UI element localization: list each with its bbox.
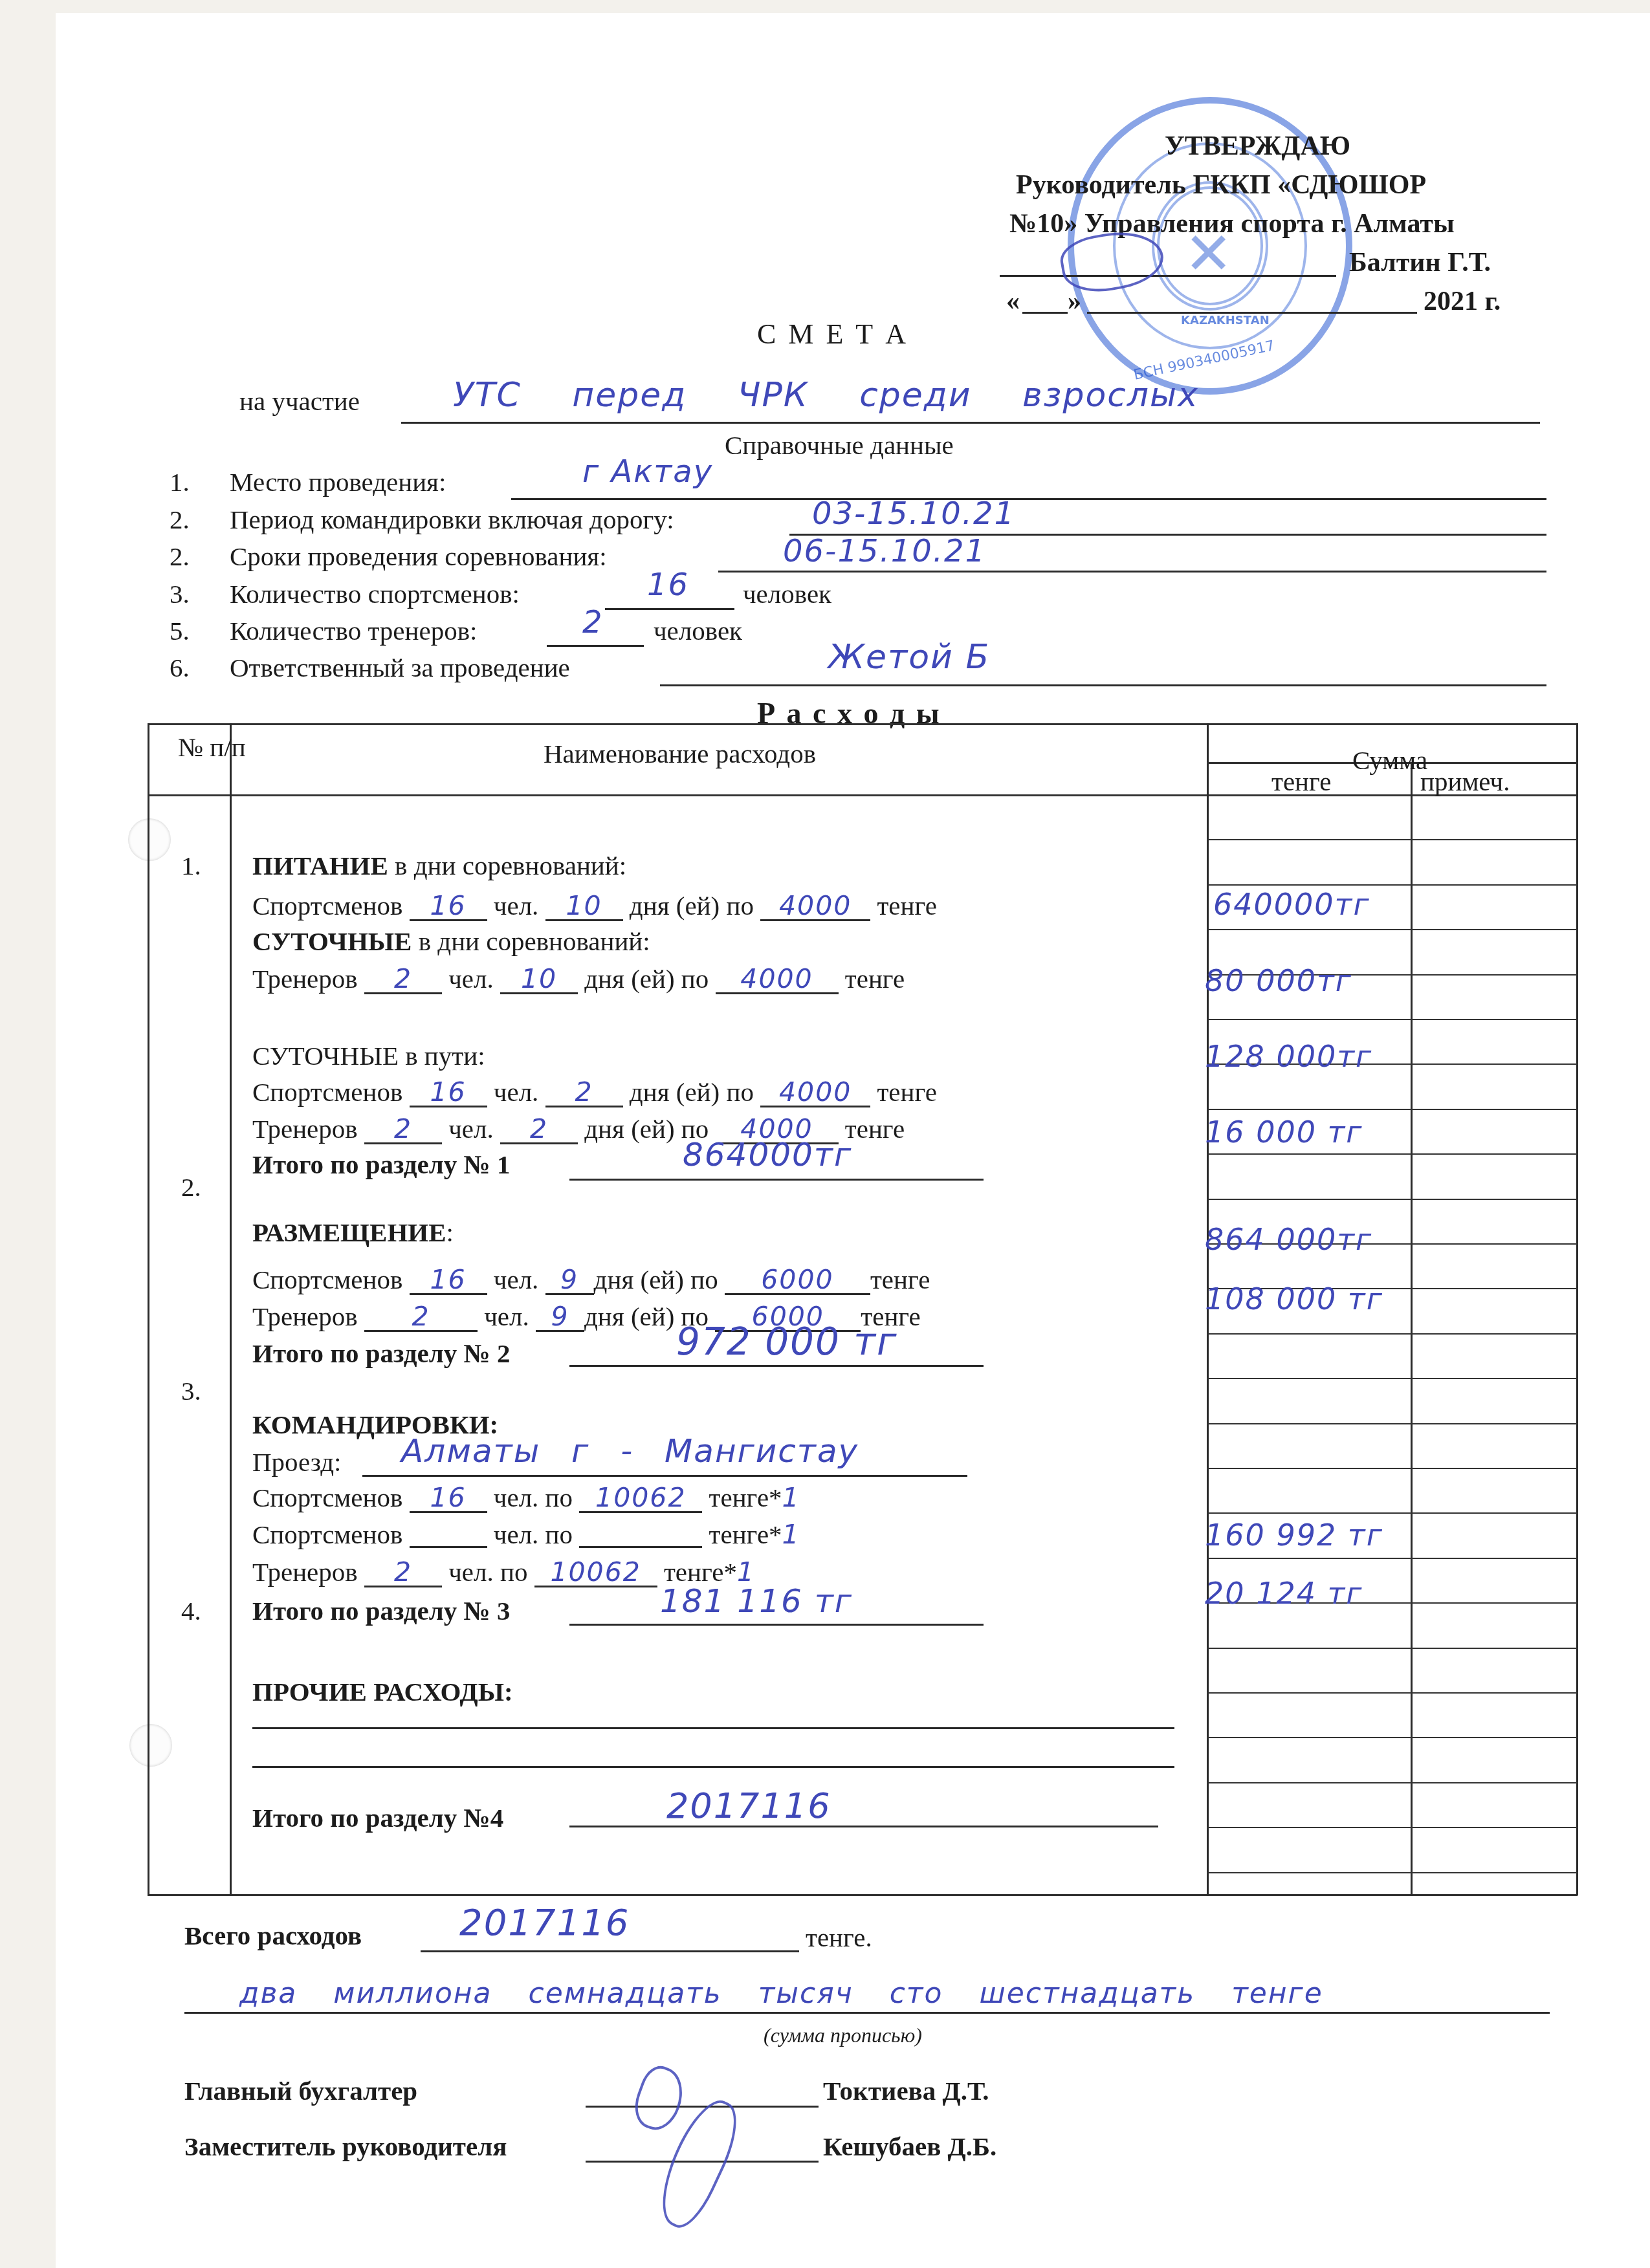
word: тенге* <box>709 1520 782 1549</box>
who: Спортсменов <box>252 891 402 921</box>
amount-value: 20 124 тг <box>1205 1578 1363 1608</box>
word: тенге <box>877 1077 937 1107</box>
ref-suffix: человек <box>654 618 742 644</box>
food-title: ПИТАНИЕ <box>252 851 388 880</box>
amount-in-words: два миллиона семнадцать тысяч сто шестна… <box>239 1979 1323 2008</box>
total-line <box>569 1179 984 1181</box>
ref-num: 6. <box>170 655 190 681</box>
who: Спортсменов <box>252 1483 402 1512</box>
amount-row-line <box>1207 884 1578 886</box>
row-number: 4. <box>181 1598 201 1624</box>
amount-row-line <box>1207 1827 1578 1828</box>
days-field: 2 <box>545 1079 623 1107</box>
accommodation-title: РАЗМЕЩЕНИЕ <box>252 1217 446 1247</box>
ref-value-period: 03-15.10.21 <box>812 498 1015 529</box>
col-note-header: примеч. <box>1420 769 1510 795</box>
who: Спортсменов <box>252 1265 402 1294</box>
rate-field: 10062 <box>534 1559 657 1587</box>
amount-value: 80 000тг <box>1205 966 1352 996</box>
other-expenses-line <box>252 1766 1174 1768</box>
row-number: 1. <box>181 853 201 879</box>
date-day-line <box>1022 312 1068 314</box>
rate-field: 4000 <box>716 966 839 994</box>
ref-value-place: г Актау <box>582 456 713 487</box>
rate-field <box>579 1521 702 1548</box>
participation-line <box>401 422 1540 424</box>
section3-athletes2: Спортсменов чел. по тенге*1 <box>252 1521 800 1548</box>
section1-total-label: Итого по разделу № 1 <box>252 1151 510 1178</box>
section3-total-value: 181 116 тг <box>660 1585 853 1617</box>
amount-row-line <box>1207 1872 1578 1873</box>
total-line <box>569 1826 1158 1827</box>
word: тенге <box>845 1114 905 1144</box>
reference-title: Справочные данные <box>725 432 954 459</box>
who: Тренеров <box>252 1302 358 1331</box>
ref-line <box>718 571 1546 572</box>
rate-field: 6000 <box>725 1267 870 1295</box>
word: тенге <box>845 964 905 994</box>
ref-label-period: Период командировки включая дорогу: <box>230 507 674 533</box>
participation-value: УТС перед ЧРК среди взрослых <box>453 378 1199 412</box>
word: по <box>726 891 753 921</box>
section4-total-label: Итого по разделу №4 <box>252 1805 503 1831</box>
travel-label: Проезд: <box>252 1449 342 1476</box>
accountant-signature-line <box>586 2106 819 2108</box>
col-tenge-header: тенге <box>1271 769 1332 795</box>
count-field: 2 <box>364 1559 442 1587</box>
ref-value-dates: 06-15.10.21 <box>783 536 986 567</box>
section1-road-athletes: Спортсменов 16 чел. 2 дня (ей) по 4000 т… <box>252 1079 937 1107</box>
signature-line <box>1000 275 1336 277</box>
days-field: 2 <box>500 1116 578 1144</box>
word: чел. <box>448 964 494 994</box>
amount-row-line <box>1207 1199 1578 1200</box>
amount-in-words-caption: (сумма прописью) <box>764 2025 922 2045</box>
count-field: 16 <box>410 1485 487 1513</box>
grand-total-label: Всего расходов <box>184 1923 362 1949</box>
section2-total-value: 972 000 тг <box>676 1323 898 1360</box>
who: Спортсменов <box>252 1520 402 1549</box>
amount-row-line <box>1207 1423 1578 1424</box>
ref-value-responsible: Жетой Б <box>828 640 990 674</box>
amount-in-words-line <box>184 2012 1550 2014</box>
amount-row-line <box>1207 1153 1578 1155</box>
word: дня (ей) <box>584 1302 674 1331</box>
days-field: 10 <box>545 893 623 921</box>
multiplier: 1 <box>782 1482 800 1513</box>
table-header-bottom <box>148 794 1578 796</box>
count-field: 2 <box>364 966 442 994</box>
who: Тренеров <box>252 1114 358 1144</box>
daily-rest: в дни соревнований: <box>412 926 650 956</box>
count-field: 16 <box>410 1267 487 1295</box>
section1-road-heading: СУТОЧНЫЕ в пути: <box>252 1043 485 1069</box>
ref-label-responsible: Ответственный за проведение <box>230 655 570 681</box>
table-border-left <box>148 723 149 1895</box>
ref-value-athletes: 16 <box>647 569 689 600</box>
amount-value: 16 000 тг <box>1205 1117 1363 1147</box>
approval-title: УТВЕРЖДАЮ <box>1165 133 1350 160</box>
row-number: 3. <box>181 1378 201 1404</box>
table-border-top <box>148 723 1578 725</box>
date-quote-open: « <box>1006 288 1020 315</box>
section4-heading: ПРОЧИЕ РАСХОДЫ: <box>252 1679 513 1705</box>
grand-total-value: 2017116 <box>459 1905 630 1941</box>
amount-row-line <box>1207 839 1578 840</box>
section1-total-value: 864000тг <box>683 1139 852 1171</box>
word: дня (ей) <box>584 964 674 994</box>
col-sum-header: Сумма <box>1352 747 1427 774</box>
ref-num: 1. <box>170 469 190 496</box>
amount-value: 160 992 тг <box>1205 1520 1383 1550</box>
grand-total-suffix: тенге. <box>806 1925 872 1951</box>
date-month-line <box>1087 312 1417 314</box>
amount-row-line <box>1207 1558 1578 1559</box>
count-field: 2 <box>364 1303 478 1332</box>
ref-label-place: Место проведения: <box>230 469 446 496</box>
rate-field: 10062 <box>579 1485 702 1513</box>
punch-hole <box>129 1724 172 1767</box>
word: тенге <box>870 1265 930 1294</box>
deputy-label: Заместитель руководителя <box>184 2133 507 2160</box>
food-rest: в дни соревнований: <box>388 851 626 880</box>
ref-num: 2. <box>170 507 190 533</box>
amount-row-line <box>1207 1648 1578 1649</box>
date-quote-close: » <box>1068 288 1081 315</box>
colon: : <box>446 1217 454 1247</box>
who: Тренеров <box>252 1557 358 1587</box>
approval-line2: №10» Управления спорта г. Алматы <box>1009 210 1455 237</box>
amount-row-line <box>1207 1109 1578 1110</box>
word: чел. <box>494 1265 539 1294</box>
count-field: 2 <box>364 1116 442 1144</box>
word: чел. по <box>494 1520 573 1549</box>
approver-name: Балтин Г.Т. <box>1349 249 1491 276</box>
ref-suffix: человек <box>743 581 831 607</box>
amount-value: 864 000тг <box>1205 1225 1372 1254</box>
amount-row-line <box>1207 1468 1578 1469</box>
section2-heading: РАЗМЕЩЕНИЕ: <box>252 1219 454 1246</box>
word: дня (ей) <box>584 1114 674 1144</box>
word: по <box>681 964 709 994</box>
section3-athletes1: Спортсменов 16 чел. по 10062 тенге*1 <box>252 1485 800 1513</box>
section1-food-line: Спортсменов 16 чел. 10 дня (ей) по 4000 … <box>252 893 937 921</box>
ref-num: 2. <box>170 543 190 570</box>
table-border-bottom <box>148 1894 1578 1896</box>
word: чел. <box>494 1077 539 1107</box>
count-field: 16 <box>410 1079 487 1107</box>
punch-hole <box>128 818 171 861</box>
row-number: 2. <box>181 1174 201 1201</box>
section4-total-value: 2017116 <box>666 1789 831 1824</box>
word: по <box>726 1077 753 1107</box>
total-line <box>569 1624 984 1626</box>
count-field: 16 <box>410 893 487 921</box>
amount-value: 640000тг <box>1213 889 1370 919</box>
daily-title: СУТОЧНЫЕ <box>252 926 412 956</box>
ref-value-coaches: 2 <box>582 607 604 638</box>
section2-athletes: Спортсменов 16 чел. 9дня (ей) по 6000тен… <box>252 1267 930 1295</box>
count-field <box>410 1521 487 1548</box>
amount-row-line <box>1207 1512 1578 1514</box>
word: дня (ей) <box>630 891 720 921</box>
amount-row-line <box>1207 1692 1578 1694</box>
table-col-divider <box>230 723 232 1895</box>
word: дня (ей) <box>630 1077 720 1107</box>
days-field: 10 <box>500 966 578 994</box>
rate-field: 4000 <box>760 893 870 921</box>
word: по <box>690 1265 718 1294</box>
word: чел. по <box>448 1557 527 1587</box>
word: тенге <box>877 891 937 921</box>
col-num-header: № п/п <box>178 734 246 761</box>
amount-row-line <box>1207 1737 1578 1738</box>
ref-line <box>511 498 1546 500</box>
document-title: С М Е Т А <box>757 320 908 349</box>
multiplier: 1 <box>782 1519 800 1550</box>
section1-daily-heading: СУТОЧНЫЕ в дни соревнований: <box>252 928 650 955</box>
ref-label-coaches: Количество тренеров: <box>230 618 477 644</box>
accountant-label: Главный бухгалтер <box>184 2078 417 2104</box>
ref-line <box>547 645 644 647</box>
amount-value: 108 000 тг <box>1205 1284 1383 1314</box>
approval-line1: Руководитель ГККП «СДЮШОР <box>1016 171 1426 199</box>
ref-num: 3. <box>170 581 190 607</box>
approval-year: 2021 г. <box>1424 288 1501 315</box>
amount-row-line <box>1207 1782 1578 1783</box>
word: чел. <box>448 1114 494 1144</box>
word: чел. по <box>494 1483 573 1512</box>
who: Спортсменов <box>252 1077 402 1107</box>
word: чел. <box>494 891 539 921</box>
word: дня (ей) <box>594 1265 684 1294</box>
word: чел. <box>484 1302 529 1331</box>
section1-daily-line: Тренеров 2 чел. 10 дня (ей) по 4000 тенг… <box>252 966 905 994</box>
stamp-country: KAZAKHSTAN <box>1181 314 1270 327</box>
rate-field: 4000 <box>760 1079 870 1107</box>
ref-line <box>660 684 1546 686</box>
ref-line <box>605 608 734 610</box>
col-name-header: Наименование расходов <box>544 741 816 767</box>
amount-row-line <box>1207 1019 1578 1020</box>
table-col-divider <box>1411 762 1413 1895</box>
amount-row-line <box>1207 929 1578 930</box>
deputy-name: Кешубаев Д.Б. <box>823 2133 996 2160</box>
ref-num: 5. <box>170 618 190 644</box>
other-expenses-line <box>252 1727 1174 1729</box>
participation-label: на участие <box>239 388 360 415</box>
travel-value: Алматы г - Мангистау <box>401 1435 859 1467</box>
days-field: 9 <box>545 1267 594 1295</box>
travel-line <box>362 1475 967 1477</box>
amount-row-line <box>1207 1378 1578 1379</box>
ref-label-dates: Сроки проведения соревнования: <box>230 543 607 570</box>
word: тенге* <box>709 1483 782 1512</box>
section1-food-heading: ПИТАНИЕ в дни соревнований: <box>252 853 626 879</box>
amount-value: 128 000тг <box>1205 1041 1372 1071</box>
total-line <box>569 1365 984 1367</box>
days-field: 9 <box>536 1303 584 1332</box>
accountant-name: Токтиева Д.Т. <box>823 2078 989 2104</box>
grand-total-line <box>421 1950 799 1952</box>
amount-row-line <box>1207 1333 1578 1335</box>
ref-label-athletes: Количество спортсменов: <box>230 581 520 607</box>
section2-total-label: Итого по разделу № 2 <box>252 1340 510 1367</box>
who: Тренеров <box>252 964 358 994</box>
table-border-right <box>1576 723 1578 1895</box>
section3-total-label: Итого по разделу № 3 <box>252 1598 510 1624</box>
